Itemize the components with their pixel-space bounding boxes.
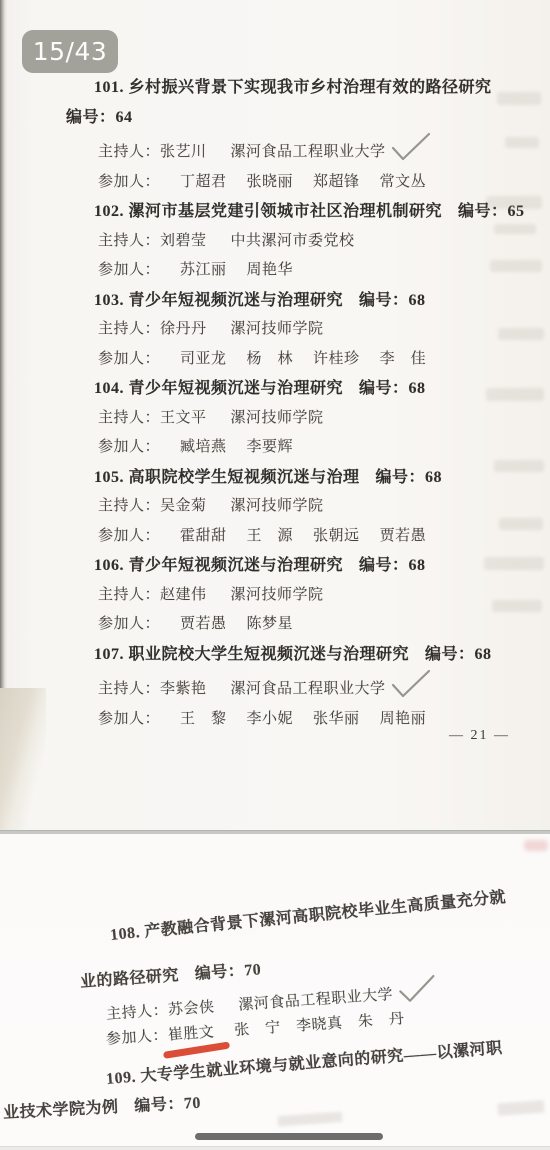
bleedthrough-mark [498,328,544,340]
page-photo-bottom: 108. 产教融合背景下漯河高职院校毕业生高质量充分就 业的路径研究编号：70 … [0,834,550,1150]
participant-name: 霍甜甜 [180,528,227,544]
entry-number: 101. [94,79,124,96]
bleedthrough-mark [497,92,541,105]
home-indicator[interactable] [195,1133,383,1140]
host-organization: 漯河食品工程职业大学 [231,681,386,697]
host-label: 主持人： [98,233,160,249]
checkmark-icon [390,132,432,162]
host-organization: 漯河技师学院 [231,410,324,426]
host-name: 徐丹丹 [160,321,207,337]
entry-title-line: 102. 漯河市基层党建引领城市社区治理机制研究编号：65 [66,197,516,227]
entry-title-line: 103. 青少年短视频沉迷与治理研究编号：68 [66,286,516,316]
entry-title: 青少年短视频沉迷与治理研究 [129,380,344,397]
host-label: 主持人： [98,321,160,337]
entry-number: 106. [94,557,124,574]
bleedthrough-mark [498,1100,545,1115]
entry-number: 104. [94,380,124,397]
entry-code: 编号：68 [425,646,492,663]
participant-name: 臧培燕 [180,439,227,455]
entry-title: 高职院校学生短视频沉迷与治理 [129,469,360,486]
entry-101: 101. 乡村振兴背景下实现我市乡村治理有效的路径研究编号：64主持人：张艺川漯… [66,73,516,197]
entry-host-line: 主持人：徐丹丹漯河技师学院 [66,315,516,345]
entry-participants-line: 参加人：司亚龙杨 林许桂珍李 佳 [66,345,516,375]
page-photo-top: 15/43 101. 乡村振兴背景下实现我市乡村治理有效的路径研究编号：64主持… [0,0,550,830]
page1-entries: 101. 乡村振兴背景下实现我市乡村治理有效的路径研究编号：64主持人：张艺川漯… [0,0,550,734]
entry-104: 104. 青少年短视频沉迷与治理研究编号：68主持人：王文平漯河技师学院参加人：… [66,374,516,463]
bottom-edge-strip [0,1146,550,1150]
bleedthrough-mark [486,196,542,209]
host-name: 李紫艳 [160,681,207,697]
participant-name: 贾若愚 [180,616,227,632]
checkmark-icon [390,669,432,699]
bleedthrough-mark [490,260,542,272]
participant-label: 参加人： [106,1028,169,1048]
entry-number: 107. [94,646,124,663]
entry-code: 编号：68 [376,469,443,486]
host-label: 主持人： [106,1003,169,1023]
participant-label: 参加人： [98,174,160,190]
host-label: 主持人： [98,144,160,160]
entry-participants-line: 参加人：苏江丽周艳华 [66,256,516,286]
page-number-footer: — 21 — [449,728,510,744]
participant-name: 杨 林 [247,351,294,367]
bleedthrough-mark [494,224,536,234]
entry-108-code: 编号：70 [194,961,262,983]
participant-name: 张朝远 [313,528,360,544]
bleedthrough-mark [278,1112,343,1126]
document-viewer-screen[interactable]: 15/43 101. 乡村振兴背景下实现我市乡村治理有效的路径研究编号：64主持… [0,0,550,1150]
entry-title-line: 106. 青少年短视频沉迷与治理研究编号：68 [66,551,516,581]
host-name: 张艺川 [160,144,207,160]
host-label: 主持人： [98,410,160,426]
participant-name: 李要辉 [247,439,294,455]
participant-name: 王 源 [247,528,294,544]
entry-title-line: 105. 高职院校学生短视频沉迷与治理编号：68 [66,463,516,493]
entry-title: 漯河市基层党建引领城市社区治理机制研究 [129,203,443,220]
host-name: 赵建伟 [160,587,207,603]
entry-participants-line: 参加人：霍甜甜王 源张朝远贾若愚 [66,522,516,552]
checkmark-icon [396,974,438,1005]
entry-103: 103. 青少年短视频沉迷与治理研究编号：68主持人：徐丹丹漯河技师学院参加人：… [66,286,516,375]
entry-host-line: 主持人：吴金菊漯河技师学院 [66,492,516,522]
host-organization: 漯河食品工程职业大学 [231,144,386,160]
participant-name: 司亚龙 [180,351,227,367]
participant-name: 周艳丽 [380,711,427,727]
host-label: 主持人： [98,681,160,697]
host-name: 苏会侠 [168,999,216,1018]
participant-label: 参加人： [98,711,160,727]
participant-name: 丁超君 [180,174,227,190]
entry-title: 乡村振兴背景下实现我市乡村治理有效的路径研究 [129,79,492,96]
entry-108-title-line2: 业的路径研究编号：70 [79,956,262,992]
participant-label: 参加人： [98,262,160,278]
bleedthrough-mark [499,518,543,530]
participant-name: 陈梦星 [247,616,294,632]
host-organization: 漯河技师学院 [231,321,324,337]
bleedthrough-mark [494,460,544,472]
bleedthrough-mark [492,600,542,612]
participant-label: 参加人： [98,616,160,632]
bleedthrough-mark [505,137,539,148]
entry-code: 编号：68 [359,557,426,574]
bleedthrough-mark [484,557,544,570]
entry-code: 编号：64 [66,103,516,133]
entry-participants-line: 参加人：丁超君张晓丽郑超锋常文丛 [66,168,516,198]
participant-name: 周艳华 [247,262,294,278]
entry-host-line: 主持人：刘碧莹中共漯河市委党校 [66,227,516,257]
entry-host-line: 主持人：张艺川漯河食品工程职业大学 [66,132,516,168]
host-name: 吴金菊 [160,498,207,514]
entry-number: 103. [94,292,124,309]
participant-name: 常文丛 [380,174,427,190]
participant-label: 参加人： [98,439,160,455]
entry-title-line: 101. 乡村振兴背景下实现我市乡村治理有效的路径研究 [66,73,516,103]
entry-title-line: 104. 青少年短视频沉迷与治理研究编号：68 [66,374,516,404]
host-organization: 漯河技师学院 [231,498,324,514]
entry-code: 编号：68 [359,292,426,309]
participant-name: 张华丽 [313,711,360,727]
participant-name: 张晓丽 [247,174,294,190]
host-name: 刘碧莹 [160,233,207,249]
entry-105: 105. 高职院校学生短视频沉迷与治理编号：68主持人：吴金菊漯河技师学院参加人… [66,463,516,552]
entry-title: 职业院校大学生短视频沉迷与治理研究 [129,646,410,663]
pink-smudge [524,840,548,851]
participant-label: 参加人： [98,528,160,544]
participant-name-marked: 崔胜文 [167,1020,215,1044]
participant-name: 许桂珍 [313,351,360,367]
participant-name: 王 黎 [180,711,227,727]
entry-code: 编号：68 [359,380,426,397]
entry-109-title-line2: 业技术学院为例编号：70 [2,1090,201,1123]
entry-108-title-line1: 108. 产教融合背景下漯河高职院校毕业生高质量充分就 [109,884,507,945]
entry-title: 青少年短视频沉迷与治理研究 [129,557,344,574]
entry-109-code: 编号：70 [134,1095,201,1115]
bleedthrough-mark [486,388,544,401]
entry-title-line: 107. 职业院校大学生短视频沉迷与治理研究编号：68 [66,640,516,670]
entry-109-title-wrap: 业技术学院为例 [3,1099,119,1122]
entry-host-line: 主持人：王文平漯河技师学院 [66,404,516,434]
participant-names: 张 宁 李晓真 朱 丹 [234,1011,405,1039]
entry-host-line: 主持人：赵建伟漯河技师学院 [66,581,516,611]
entry-number: 105. [94,469,124,486]
entry-106: 106. 青少年短视频沉迷与治理研究编号：68主持人：赵建伟漯河技师学院参加人：… [66,551,516,640]
entry-107: 107. 职业院校大学生短视频沉迷与治理研究编号：68主持人：李紫艳漯河食品工程… [66,640,516,735]
entry-number: 102. [94,203,124,220]
entry-participants-line: 参加人：贾若愚陈梦星 [66,610,516,640]
participant-name: 贾若愚 [380,528,427,544]
host-label: 主持人： [98,498,160,514]
host-name: 王文平 [160,410,207,426]
host-label: 主持人： [98,587,160,603]
participant-name: 李小妮 [247,711,294,727]
host-organization: 中共漯河市委党校 [231,233,355,249]
entry-participants-line: 参加人：臧培燕李要辉 [66,433,516,463]
participant-name: 苏江丽 [180,262,227,278]
entry-title: 青少年短视频沉迷与治理研究 [129,292,344,309]
participant-name: 李 佳 [380,351,427,367]
entry-host-line: 主持人：李紫艳漯河食品工程职业大学 [66,669,516,705]
entry-108-title-wrap: 业的路径研究 [80,967,180,991]
participant-label: 参加人： [98,351,160,367]
participant-name: 崔胜文 [167,1024,215,1043]
entry-102: 102. 漯河市基层党建引领城市社区治理机制研究编号：65主持人：刘碧莹中共漯河… [66,197,516,286]
host-organization: 漯河技师学院 [231,587,324,603]
participant-name: 郑超锋 [313,174,360,190]
